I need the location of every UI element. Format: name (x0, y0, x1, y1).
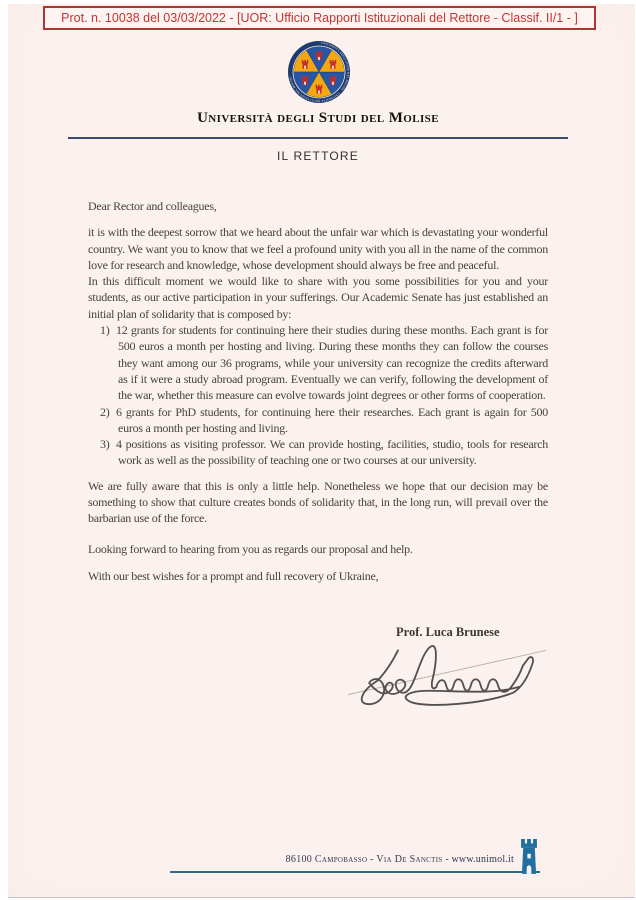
university-seal-logo: · UNIVERSITÀ DEGLI STUDI DEL MOLISE · UN… (288, 41, 350, 103)
list-item: 3)4 positions as visiting professor. We … (88, 436, 548, 469)
header-divider (68, 137, 568, 139)
protocol-text: Prot. n. 10038 del 03/03/2022 - [UOR: Uf… (61, 11, 578, 25)
salutation: Dear Rector and colleagues, (88, 198, 548, 214)
rector-title: IL RETTORE (0, 149, 636, 163)
footer-address-text: 86100 Campobasso - Via De Sanctis - (286, 854, 449, 865)
footer-address: 86100 Campobasso - Via De Sanctis - www.… (286, 854, 514, 865)
list-marker: 3) (100, 436, 116, 452)
protocol-stamp: Prot. n. 10038 del 03/03/2022 - [UOR: Uf… (43, 6, 596, 30)
university-name: Università degli Studi del Molise (0, 110, 636, 127)
list-marker: 1) (100, 322, 116, 338)
paragraph: Looking forward to hearing from you as r… (88, 541, 548, 557)
castle-tower-icon (520, 839, 538, 877)
paragraph: With our best wishes for a prompt and fu… (88, 568, 548, 584)
list-item: 1)12 grants for students for continuing … (88, 322, 548, 403)
paragraph: it is with the deepest sorrow that we he… (88, 224, 548, 273)
list-marker: 2) (100, 404, 116, 420)
footer-website: www.unimol.it (451, 854, 514, 865)
list-item: 2)6 grants for PhD students, for continu… (88, 404, 548, 437)
letter-body: Dear Rector and colleagues, it is with t… (88, 198, 548, 584)
handwritten-signature (336, 637, 556, 709)
paragraph: We are fully aware that this is only a l… (88, 478, 548, 527)
paragraph: In this difficult moment we would like t… (88, 273, 548, 322)
list-item-text: 4 positions as visiting professor. We ca… (116, 437, 548, 467)
footer-divider (170, 871, 540, 873)
list-item-text: 6 grants for PhD students, for continuin… (116, 405, 548, 435)
list-item-text: 12 grants for students for continuing he… (116, 323, 548, 402)
